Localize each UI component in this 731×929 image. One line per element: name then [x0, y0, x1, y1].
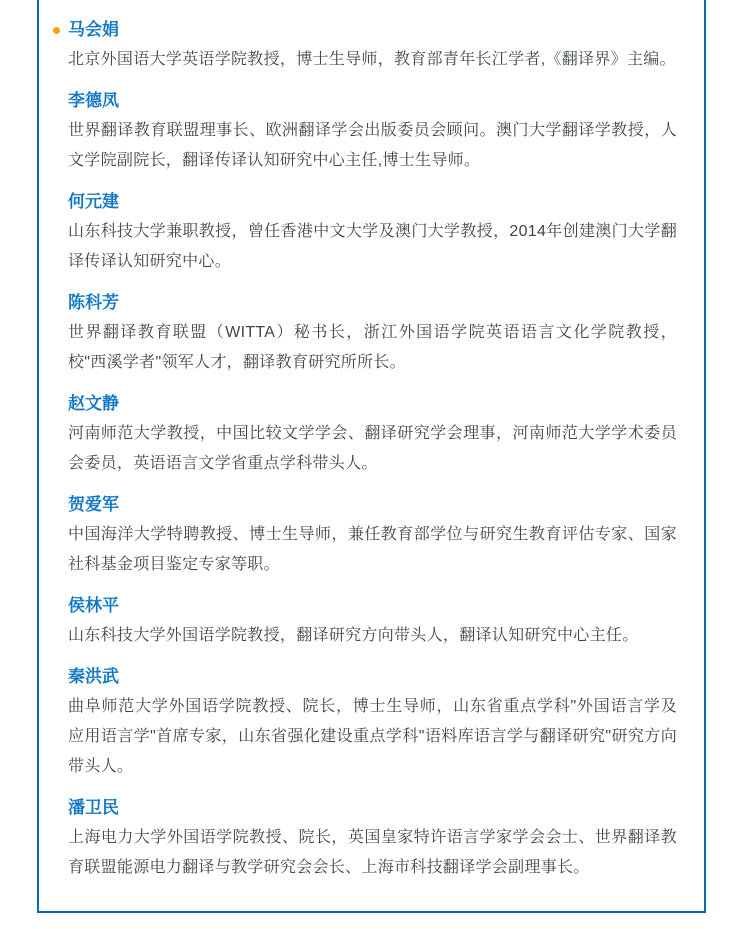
expert-entry: 李德凤 世界翻译教育联盟理事长、欧洲翻译学会出版委员会顾问。澳门大学翻译学教授，…: [68, 86, 677, 176]
expert-name-row: 赵文静: [68, 389, 677, 419]
expert-name: 秦洪武: [68, 662, 677, 692]
expert-name-row: 陈科芳: [68, 288, 677, 318]
expert-entry: 陈科芳 世界翻译教育联盟（WITTA）秘书长，浙江外国语学院英语语言文化学院教授…: [68, 288, 677, 378]
expert-profiles-card: 马会娟 北京外国语大学英语学院教授，博士生导师，教育部青年长江学者,《翻译界》主…: [37, 0, 706, 913]
expert-entry: 秦洪武 曲阜师范大学外国语学院教授、院长，博士生导师，山东省重点学科"外国语言学…: [68, 662, 677, 782]
expert-name-row: 秦洪武: [68, 662, 677, 692]
expert-bio: 世界翻译教育联盟理事长、欧洲翻译学会出版委员会顾问。澳门大学翻译学教授，人文学院…: [68, 116, 677, 176]
expert-bio: 山东科技大学兼职教授，曾任香港中文大学及澳门大学教授，2014年创建澳门大学翻译…: [68, 217, 677, 277]
expert-bio: 河南师范大学教授，中国比较文学学会、翻译研究学会理事，河南师范大学学术委员会委员…: [68, 419, 677, 479]
expert-bio: 北京外国语大学英语学院教授，博士生导师，教育部青年长江学者,《翻译界》主编。: [68, 45, 677, 75]
expert-entry: 马会娟 北京外国语大学英语学院教授，博士生导师，教育部青年长江学者,《翻译界》主…: [68, 15, 677, 75]
expert-bio: 中国海洋大学特聘教授、博士生导师，兼任教育部学位与研究生教育评估专家、国家社科基…: [68, 520, 677, 580]
expert-name: 陈科芳: [68, 288, 677, 318]
expert-name: 赵文静: [68, 389, 677, 419]
expert-name-row: 马会娟: [68, 15, 677, 45]
expert-bio: 世界翻译教育联盟（WITTA）秘书长，浙江外国语学院英语语言文化学院教授，校"西…: [68, 318, 677, 378]
expert-name: 李德凤: [68, 86, 677, 116]
expert-name-row: 李德凤: [68, 86, 677, 116]
expert-name-row: 侯林平: [68, 591, 677, 621]
expert-bio: 上海电力大学外国语学院教授、院长，英国皇家特许语言学家学会会士、世界翻译教育联盟…: [68, 823, 677, 883]
expert-name: 马会娟: [68, 15, 677, 45]
expert-name: 贺爱军: [68, 490, 677, 520]
expert-name-row: 何元建: [68, 187, 677, 217]
expert-name-row: 贺爱军: [68, 490, 677, 520]
expert-entry: 贺爱军 中国海洋大学特聘教授、博士生导师，兼任教育部学位与研究生教育评估专家、国…: [68, 490, 677, 580]
expert-entry: 赵文静 河南师范大学教授，中国比较文学学会、翻译研究学会理事，河南师范大学学术委…: [68, 389, 677, 479]
expert-name: 侯林平: [68, 591, 677, 621]
page: 马会娟 北京外国语大学英语学院教授，博士生导师，教育部青年长江学者,《翻译界》主…: [0, 0, 731, 929]
expert-name: 何元建: [68, 187, 677, 217]
expert-name-row: 潘卫民: [68, 793, 677, 823]
expert-bio: 山东科技大学外国语学院教授，翻译研究方向带头人，翻译认知研究中心主任。: [68, 621, 677, 651]
expert-bio: 曲阜师范大学外国语学院教授、院长，博士生导师，山东省重点学科"外国语言学及应用语…: [68, 692, 677, 782]
expert-entry: 侯林平 山东科技大学外国语学院教授，翻译研究方向带头人，翻译认知研究中心主任。: [68, 591, 677, 651]
list-bullet-icon: [53, 27, 60, 34]
expert-entry: 潘卫民 上海电力大学外国语学院教授、院长，英国皇家特许语言学家学会会士、世界翻译…: [68, 793, 677, 883]
expert-entry: 何元建 山东科技大学兼职教授，曾任香港中文大学及澳门大学教授，2014年创建澳门…: [68, 187, 677, 277]
expert-name: 潘卫民: [68, 793, 677, 823]
